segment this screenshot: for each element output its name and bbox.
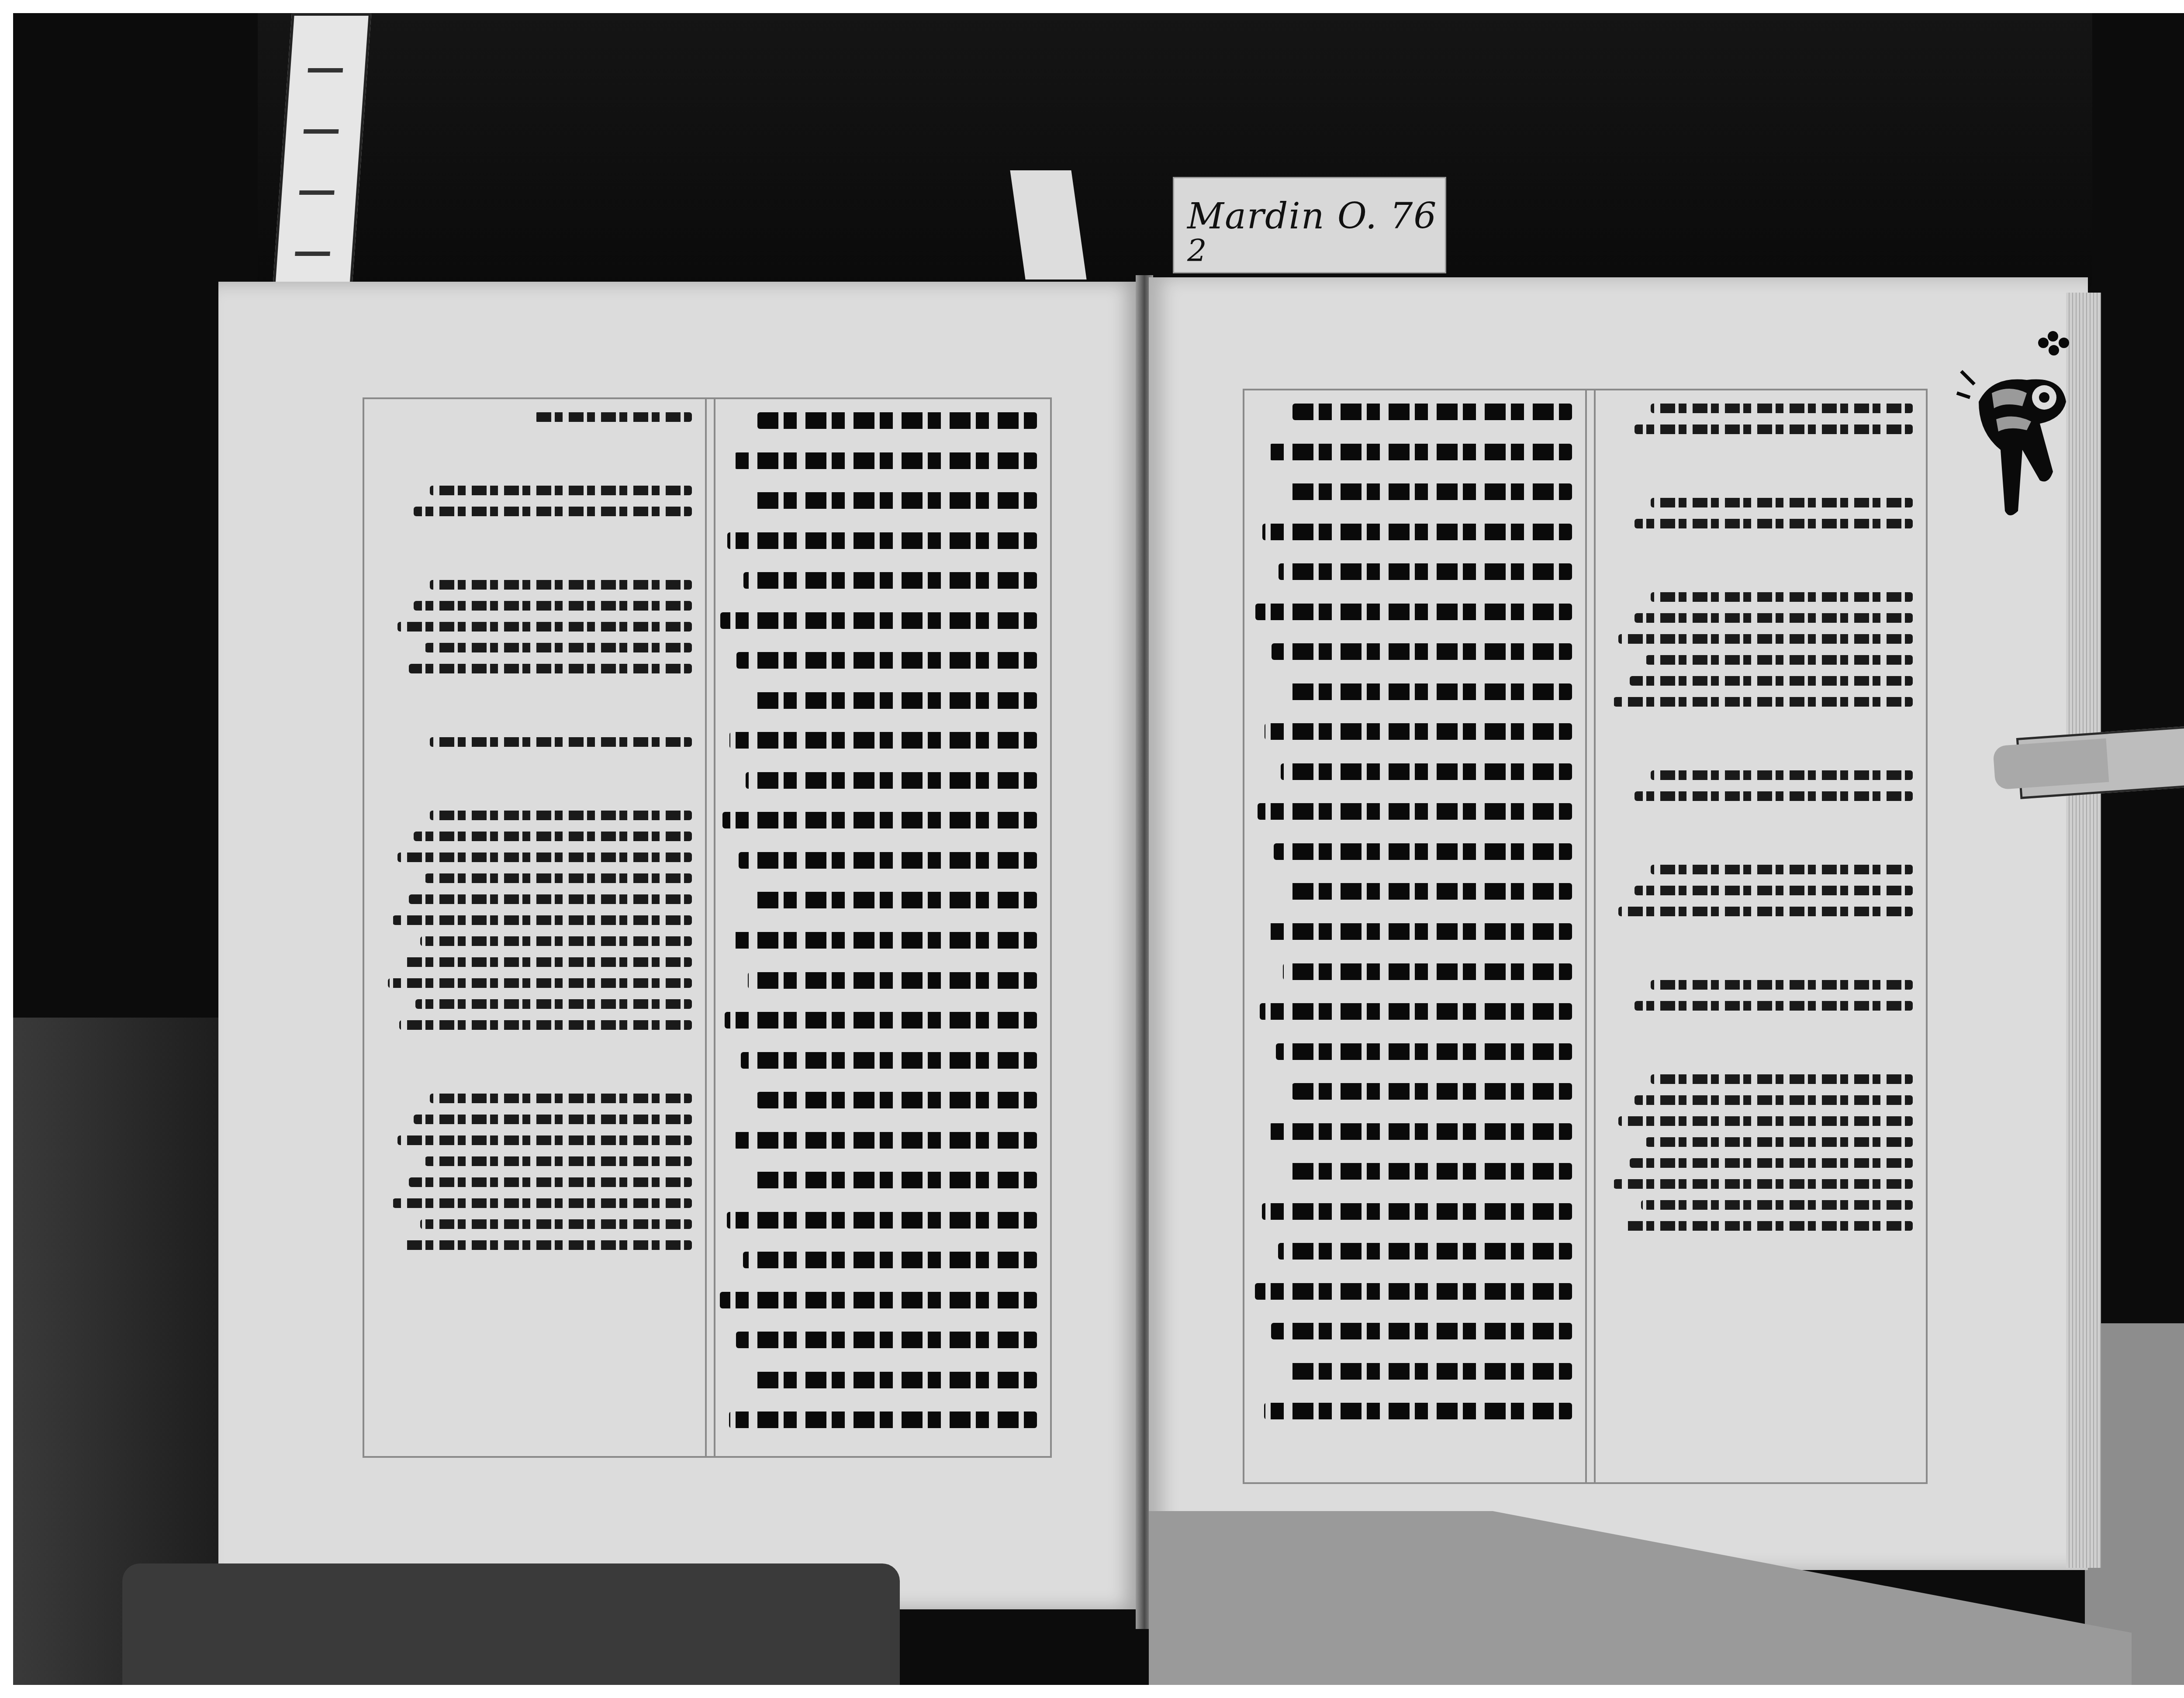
script-line	[757, 1092, 1037, 1108]
script-line	[1283, 963, 1572, 980]
right-page-inner-column	[1249, 390, 1581, 1482]
script-line	[430, 811, 692, 820]
script-line	[1269, 1123, 1572, 1140]
column-rule	[1585, 390, 1587, 1482]
script-line	[1625, 1221, 1913, 1231]
right-page-text-frame	[1243, 389, 1928, 1484]
script-line	[722, 812, 1037, 828]
left-page-inner-column	[718, 399, 1046, 1456]
script-line	[727, 532, 1037, 549]
script-line	[430, 486, 692, 495]
manuscript-photo: Mardin O. 76 2	[13, 13, 2184, 1685]
script-line	[1292, 404, 1572, 420]
script-line	[725, 1012, 1037, 1028]
shelf-mark-line-1: Mardin O. 76	[1187, 196, 1438, 237]
script-line	[752, 1372, 1037, 1388]
script-line	[409, 894, 692, 904]
script-line	[414, 507, 692, 516]
script-line	[1651, 865, 1913, 874]
script-line	[535, 412, 692, 422]
script-line	[732, 932, 1037, 949]
script-line	[1281, 763, 1572, 780]
script-line	[393, 1198, 692, 1208]
script-line	[1635, 519, 1913, 528]
script-line	[1290, 883, 1572, 900]
script-line	[1262, 1203, 1572, 1220]
script-line	[1288, 683, 1572, 700]
script-line	[1635, 1001, 1913, 1011]
left-page-outer-column	[369, 399, 701, 1456]
script-line	[734, 1132, 1037, 1149]
script-line	[727, 1212, 1037, 1229]
script-line	[729, 732, 1037, 749]
script-line	[420, 1219, 692, 1229]
script-line	[1651, 592, 1913, 602]
bird-illustration-icon	[1952, 319, 2092, 528]
script-line	[1262, 524, 1572, 540]
script-line	[720, 612, 1037, 629]
script-line	[748, 972, 1037, 989]
script-line	[393, 915, 692, 925]
script-line	[1651, 770, 1913, 780]
script-line	[430, 1094, 692, 1103]
script-line	[1630, 676, 1913, 686]
script-line	[415, 999, 692, 1009]
left-page-text-frame	[363, 397, 1052, 1458]
script-line	[1635, 613, 1913, 623]
script-line	[757, 412, 1037, 429]
script-line	[1646, 1137, 1913, 1147]
script-line	[1641, 1200, 1913, 1210]
script-line	[425, 1156, 692, 1166]
script-line	[1635, 424, 1913, 434]
script-line	[404, 1240, 692, 1250]
script-line	[1269, 444, 1572, 460]
script-line	[1264, 1403, 1572, 1419]
script-line	[1614, 1179, 1913, 1189]
script-line	[755, 892, 1037, 908]
script-line	[1267, 923, 1572, 940]
script-line	[1651, 1074, 1913, 1084]
shelf-mark-line-2: 2	[1187, 233, 1207, 269]
script-line	[753, 692, 1037, 709]
script-line	[1646, 655, 1913, 665]
script-line	[1265, 723, 1572, 740]
script-line	[741, 1052, 1037, 1069]
script-line	[720, 1292, 1037, 1308]
script-line	[430, 580, 692, 590]
script-line	[746, 772, 1037, 789]
script-line	[1651, 498, 1913, 507]
script-line	[409, 664, 692, 673]
script-line	[1635, 886, 1913, 895]
script-line	[414, 1115, 692, 1124]
script-line	[1272, 643, 1572, 660]
script-line	[1618, 907, 1913, 916]
script-line	[1271, 1323, 1572, 1339]
script-line	[425, 873, 692, 883]
script-line	[409, 1177, 692, 1187]
script-line	[388, 978, 692, 988]
script-line	[1255, 1283, 1572, 1300]
script-line	[1651, 980, 1913, 990]
script-line	[414, 601, 692, 611]
script-line	[750, 1172, 1037, 1188]
script-line	[1286, 483, 1572, 500]
column-rule	[1594, 390, 1596, 1482]
script-line	[1255, 604, 1572, 620]
script-line	[1260, 1003, 1572, 1020]
script-line	[420, 936, 692, 946]
script-line	[1292, 1083, 1572, 1100]
script-line	[1618, 634, 1913, 644]
shelf-mark-label: Mardin O. 76 2	[1173, 177, 1446, 273]
script-line	[736, 1332, 1037, 1348]
script-line	[1279, 563, 1572, 580]
script-line	[397, 1135, 692, 1145]
script-line	[1274, 843, 1572, 860]
script-line	[743, 1252, 1037, 1268]
script-line	[1276, 1043, 1572, 1060]
script-line	[1651, 404, 1913, 413]
script-line	[1278, 1243, 1572, 1260]
script-line	[743, 572, 1037, 589]
left-page	[218, 282, 1140, 1609]
script-line	[736, 652, 1037, 669]
script-line	[425, 643, 692, 652]
script-line	[399, 1020, 692, 1030]
script-line	[414, 832, 692, 841]
script-line	[1614, 697, 1913, 707]
script-line	[1630, 1158, 1913, 1168]
right-page	[1149, 277, 2088, 1570]
column-rule	[705, 399, 707, 1456]
foreground-book-dark	[122, 1563, 900, 1685]
column-rule	[714, 399, 715, 1456]
script-line	[750, 492, 1037, 509]
script-line	[1618, 1116, 1913, 1126]
script-line	[729, 1412, 1037, 1428]
right-page-outer-column	[1598, 390, 1921, 1482]
script-line	[1635, 1095, 1913, 1105]
script-line	[734, 452, 1037, 469]
script-line	[1287, 1363, 1572, 1380]
script-line	[1285, 1163, 1572, 1180]
script-line	[739, 852, 1037, 869]
script-line	[397, 622, 692, 632]
script-line	[397, 852, 692, 862]
script-line	[404, 957, 692, 967]
script-line	[1258, 803, 1572, 820]
script-line	[1635, 791, 1913, 801]
script-line	[430, 737, 692, 747]
